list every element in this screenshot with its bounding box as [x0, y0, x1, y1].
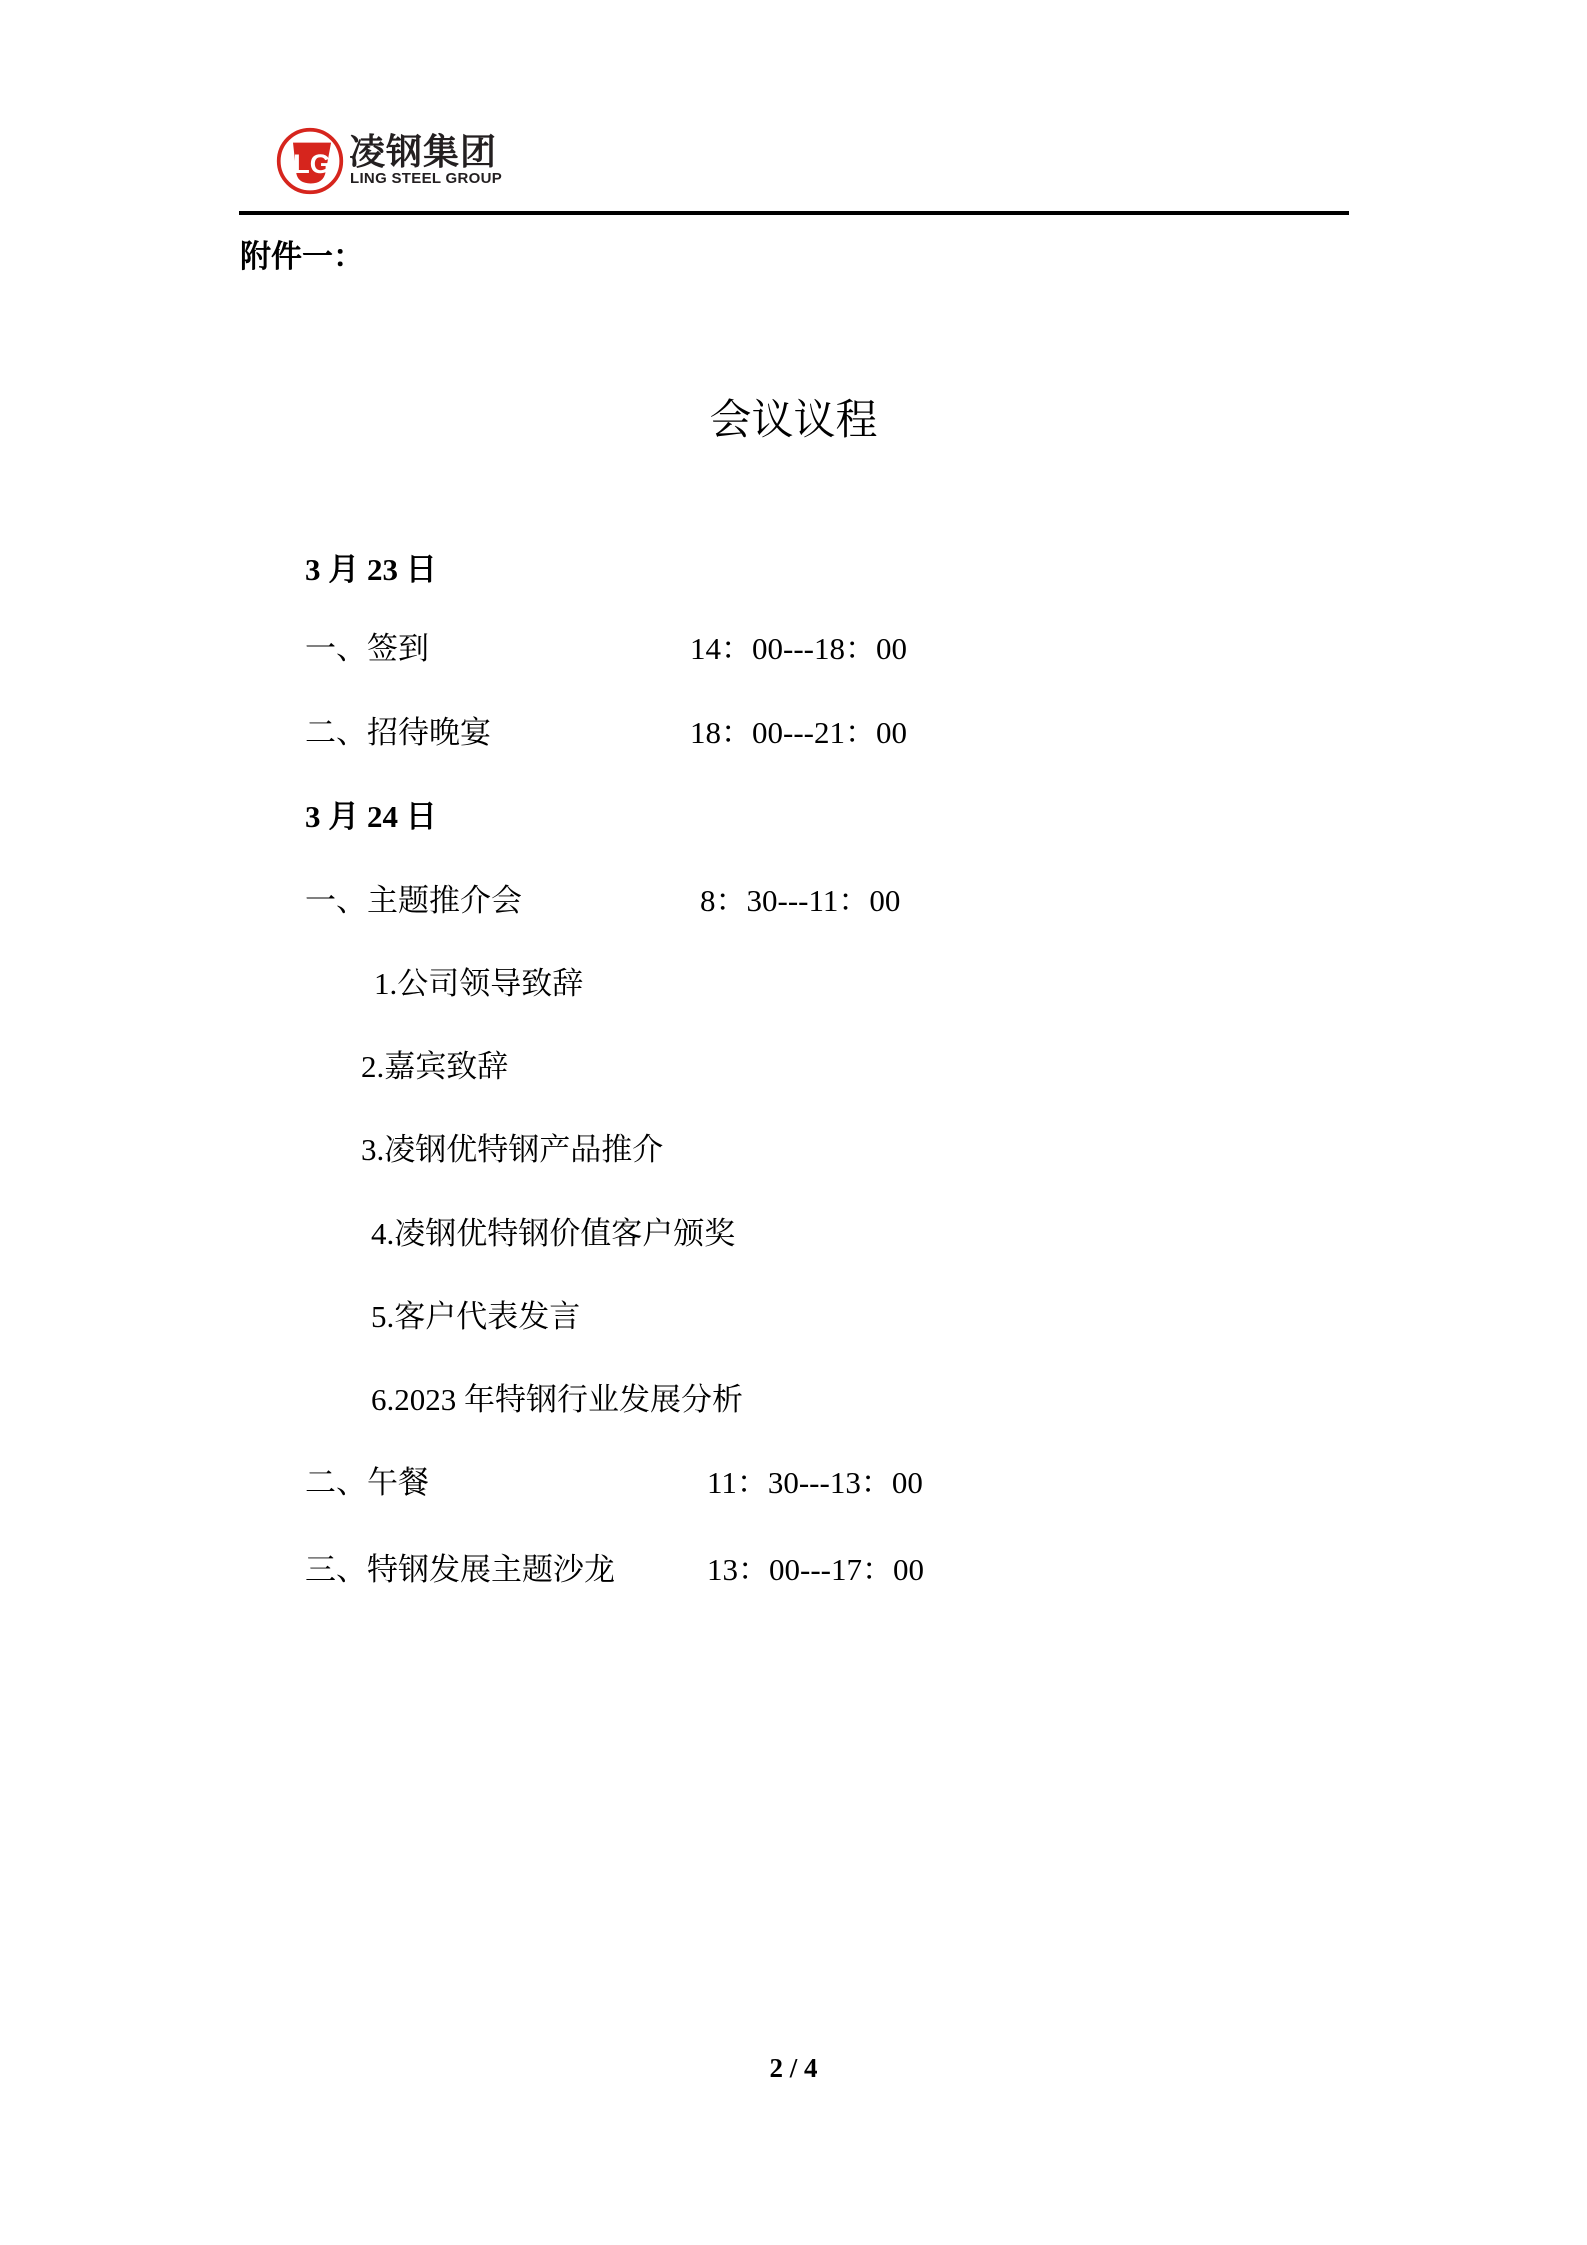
agenda-row: 二、午餐11：30---13：00 [0, 1462, 1587, 1504]
document-page: LG 凌钢集团 LING STEEL GROUP 附件一： 会议议程 3 月 2… [0, 0, 1587, 2245]
agenda-label: 二、午餐 [305, 1462, 429, 1504]
agenda-row: 2.嘉宾致辞 [0, 1046, 1587, 1088]
agenda-label: 一、主题推介会 [305, 880, 522, 922]
agenda-time: 8：30---11：00 [700, 880, 900, 922]
svg-text:LG: LG [293, 148, 331, 179]
agenda-label: 2.嘉宾致辞 [361, 1046, 508, 1088]
agenda-label: 三、特钢发展主题沙龙 [305, 1549, 615, 1591]
agenda-label: 3 月 23 日 [305, 549, 437, 591]
agenda-label: 5.客户代表发言 [371, 1296, 580, 1338]
agenda-label: 6.2023 年特钢行业发展分析 [371, 1379, 743, 1421]
agenda-row: 二、招待晚宴18：00---21：00 [0, 712, 1587, 754]
agenda-row: 3.凌钢优特钢产品推介 [0, 1129, 1587, 1171]
agenda-row: 3 月 24 日 [0, 796, 1587, 838]
agenda-row: 一、主题推介会8：30---11：00 [0, 880, 1587, 922]
agenda-row: 一、签到14：00---18：00 [0, 628, 1587, 670]
agenda-label: 二、招待晚宴 [305, 712, 491, 754]
agenda-time: 13：00---17：00 [707, 1549, 924, 1591]
agenda-row: 三、特钢发展主题沙龙13：00---17：00 [0, 1549, 1587, 1591]
page-indicator: 2 / 4 [0, 2053, 1587, 2083]
agenda-time: 18：00---21：00 [690, 712, 907, 754]
agenda-label: 1.公司领导致辞 [374, 963, 583, 1005]
attachment-label: 附件一： [240, 238, 364, 276]
logo-name-cn: 凌钢集团 [349, 132, 497, 172]
agenda-label: 4.凌钢优特钢价值客户颁奖 [371, 1213, 735, 1255]
logo-name-en: LING STEEL GROUP [350, 170, 502, 187]
agenda-row: 3 月 23 日 [0, 549, 1587, 591]
page-title: 会议议程 [0, 397, 1587, 445]
agenda-time: 14：00---18：00 [690, 628, 907, 670]
agenda-label: 3 月 24 日 [305, 796, 437, 838]
agenda-row: 1.公司领导致辞 [0, 963, 1587, 1005]
agenda-label: 3.凌钢优特钢产品推介 [361, 1129, 663, 1171]
agenda-row: 5.客户代表发言 [0, 1296, 1587, 1338]
header-divider [239, 211, 1349, 215]
ling-steel-logo-icon: LG [276, 127, 344, 195]
agenda-time: 11：30---13：00 [707, 1462, 923, 1504]
agenda-label: 一、签到 [305, 628, 429, 670]
agenda-row: 4.凌钢优特钢价值客户颁奖 [0, 1213, 1587, 1255]
agenda-row: 6.2023 年特钢行业发展分析 [0, 1379, 1587, 1421]
